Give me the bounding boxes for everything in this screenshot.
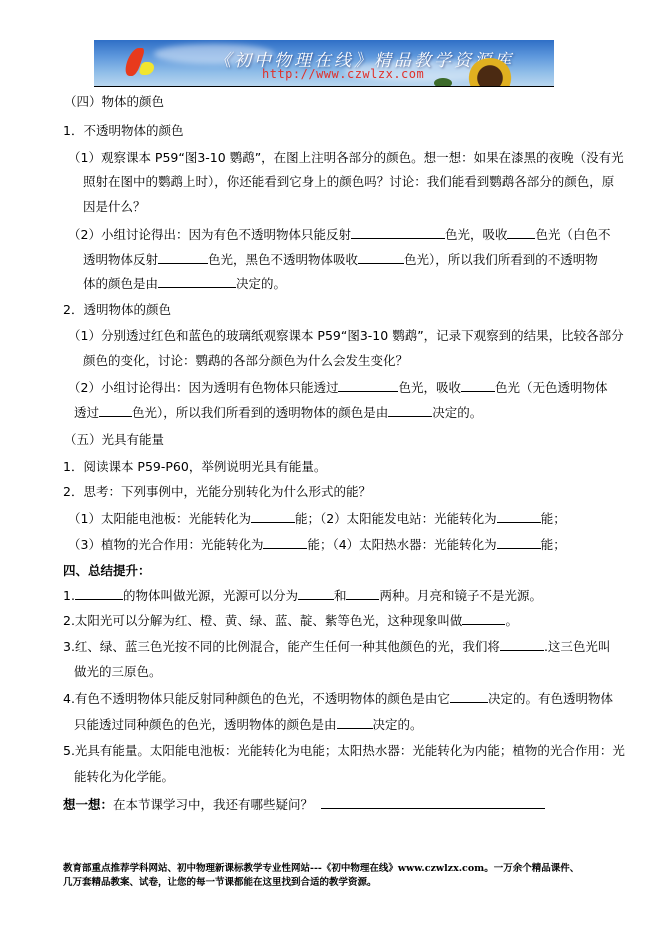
text: 色光（无色透明物体 xyxy=(495,380,608,395)
footer-line: 几万套精品教案、试卷，让您的每一节课都能在这里找到合适的教学资源。 xyxy=(63,876,377,889)
answer-blank[interactable] xyxy=(462,612,505,625)
paragraph-line: 5.光具有能量。太阳能电池板：光能转化为电能；太阳热水器：光能转化为内能；植物的… xyxy=(63,743,625,759)
answer-blank[interactable] xyxy=(99,404,132,417)
answer-blank[interactable] xyxy=(158,275,236,288)
answer-blank[interactable] xyxy=(507,226,535,239)
header-divider xyxy=(94,86,554,87)
text: 和 xyxy=(334,588,347,603)
answer-blank[interactable] xyxy=(351,226,445,239)
subsection-heading: 1．不透明物体的颜色 xyxy=(63,123,183,139)
text: 3.红、绿、蓝三色光按不同的比例混合，能产生任何一种其他颜色的光，我们将 xyxy=(63,639,500,654)
fill-in-line: （1）太阳能电池板：光能转化为能；（2）太阳能发电站：光能转化为能； xyxy=(68,510,566,527)
fill-in-line: 3.红、绿、蓝三色光按不同的比例混合，能产生任何一种其他颜色的光，我们将.这三色… xyxy=(63,638,610,655)
answer-blank[interactable] xyxy=(75,587,123,600)
answer-blank[interactable] xyxy=(263,536,307,549)
text: 4.有色不透明物体只能反射同种颜色的色光，不透明物体的颜色是由它 xyxy=(63,691,450,706)
text: 透明物体反射 xyxy=(83,252,158,267)
section-heading: （五）光具有能量 xyxy=(64,432,164,448)
text: （2）小组讨论得出：因为有色不透明物体只能反射 xyxy=(68,227,351,242)
paragraph-line: （1）观察课本 P59“图3-10 鹦鹉”，在图上注明各部分的颜色。想一想：如果… xyxy=(68,150,624,166)
answer-blank[interactable] xyxy=(500,638,544,651)
answer-blank[interactable] xyxy=(158,251,208,264)
paragraph-line: 能转化为化学能。 xyxy=(74,769,174,785)
answer-blank[interactable] xyxy=(358,251,404,264)
text: 能；（2）太阳能发电站：光能转化为 xyxy=(295,511,497,526)
answer-blank[interactable] xyxy=(321,796,545,809)
fill-in-line: 2.太阳光可以分解为红、橙、黄、绿、蓝、靛、紫等色光，这种现象叫做。 xyxy=(63,612,518,629)
text: 决定的。 xyxy=(432,405,482,420)
paragraph-line: 2．思考：下列事例中，光能分别转化为什么形式的能？ xyxy=(63,484,371,500)
fill-in-line: （3）植物的光合作用：光能转化为能；（4）太阳热水器：光能转化为能； xyxy=(68,536,566,553)
text: 2.太阳光可以分解为红、橙、黄、绿、蓝、靛、紫等色光，这种现象叫做 xyxy=(63,613,462,628)
text: 体的颜色是由 xyxy=(83,276,158,291)
text: 决定的。有色透明物体 xyxy=(488,691,613,706)
paragraph-line: 因是什么？ xyxy=(83,199,146,215)
paragraph-line: （1）分别透过红色和蓝色的玻璃纸观察课本 P59“图3-10 鹦鹉”，记录下观察… xyxy=(68,328,624,344)
think-label: 想一想： xyxy=(63,797,113,812)
text: 能；（4）太阳热水器：光能转化为 xyxy=(307,537,496,552)
fill-in-line: 只能透过同种颜色的色光，透明物体的颜色是由决定的。 xyxy=(74,716,423,733)
text: （1）太阳能电池板：光能转化为 xyxy=(68,511,251,526)
answer-blank[interactable] xyxy=(461,379,495,392)
answer-blank[interactable] xyxy=(298,587,334,600)
fill-in-line: 透过色光），所以我们所看到的透明物体的颜色是由决定的。 xyxy=(74,404,482,421)
text: 色光），所以我们所看到的不透明物 xyxy=(404,252,598,267)
fill-in-line: 透明物体反射色光，黑色不透明物体吸收色光），所以我们所看到的不透明物 xyxy=(83,251,598,268)
answer-blank[interactable] xyxy=(497,510,541,523)
answer-blank[interactable] xyxy=(251,510,295,523)
banner-url[interactable]: http://www.czwlzx.com xyxy=(262,67,424,81)
text: 色光（白色不 xyxy=(535,227,610,242)
text: （2）小组讨论得出：因为透明有色物体只能透过 xyxy=(68,380,338,395)
answer-blank[interactable] xyxy=(450,690,488,703)
fill-in-line: 体的颜色是由决定的。 xyxy=(83,275,286,292)
text: 能； xyxy=(541,537,566,552)
text: .这三色光叫 xyxy=(544,639,610,654)
header-banner: 《初中物理在线》精品教学资源库 http://www.czwlzx.com xyxy=(94,40,554,86)
logo-icon xyxy=(138,62,156,75)
fill-in-line: （2）小组讨论得出：因为透明有色物体只能透过色光，吸收色光（无色透明物体 xyxy=(68,379,608,396)
text: 在本节课学习中，我还有哪些疑问？ xyxy=(113,797,313,812)
text: 能； xyxy=(541,511,566,526)
text: 1. xyxy=(63,588,75,603)
text: 色光，黑色不透明物体吸收 xyxy=(208,252,358,267)
text: 。 xyxy=(505,613,518,628)
text: 决定的。 xyxy=(373,717,423,732)
text: 色光），所以我们所看到的透明物体的颜色是由 xyxy=(132,405,388,420)
text: 只能透过同种颜色的色光，透明物体的颜色是由 xyxy=(74,717,337,732)
footer-line: 教育部重点推荐学科网站、初中物理新课标教学专业性网站---《初中物理在线》www… xyxy=(63,862,579,875)
paragraph-line: 颜色的变化，讨论：鹦鹉的各部分颜色为什么会发生变化？ xyxy=(83,353,408,369)
text: 的物体叫做光源，光源可以分为 xyxy=(123,588,298,603)
think-prompt: 想一想：在本节课学习中，我还有哪些疑问？ xyxy=(63,796,545,813)
text: 两种。月亮和镜子不是光源。 xyxy=(379,588,542,603)
text: （3）植物的光合作用：光能转化为 xyxy=(68,537,263,552)
summary-heading: 四、总结提升： xyxy=(63,563,151,579)
paragraph-line: 1．阅读课本 P59-P60，举例说明光具有能量。 xyxy=(63,459,326,475)
section-heading: （四）物体的颜色 xyxy=(64,94,164,110)
fill-in-line: 1.的物体叫做光源，光源可以分为和两种。月亮和镜子不是光源。 xyxy=(63,587,542,604)
answer-blank[interactable] xyxy=(346,587,379,600)
answer-blank[interactable] xyxy=(388,404,432,417)
paragraph-line: 照射在图中的鹦鹉上时），你还能看到它身上的颜色吗？讨论：我们能看到鹦鹉各部分的颜… xyxy=(83,174,614,190)
text: 色光，吸收 xyxy=(398,380,461,395)
paragraph-line: 做光的三原色。 xyxy=(74,664,162,680)
text: 色光，吸收 xyxy=(445,227,508,242)
answer-blank[interactable] xyxy=(497,536,541,549)
fill-in-line: （2）小组讨论得出：因为有色不透明物体只能反射色光，吸收色光（白色不 xyxy=(68,226,611,243)
leaf-decoration xyxy=(434,78,452,86)
subsection-heading: 2．透明物体的颜色 xyxy=(63,302,171,318)
answer-blank[interactable] xyxy=(338,379,398,392)
text: 决定的。 xyxy=(236,276,286,291)
text: 透过 xyxy=(74,405,99,420)
fill-in-line: 4.有色不透明物体只能反射同种颜色的色光，不透明物体的颜色是由它决定的。有色透明… xyxy=(63,690,613,707)
answer-blank[interactable] xyxy=(337,716,373,729)
